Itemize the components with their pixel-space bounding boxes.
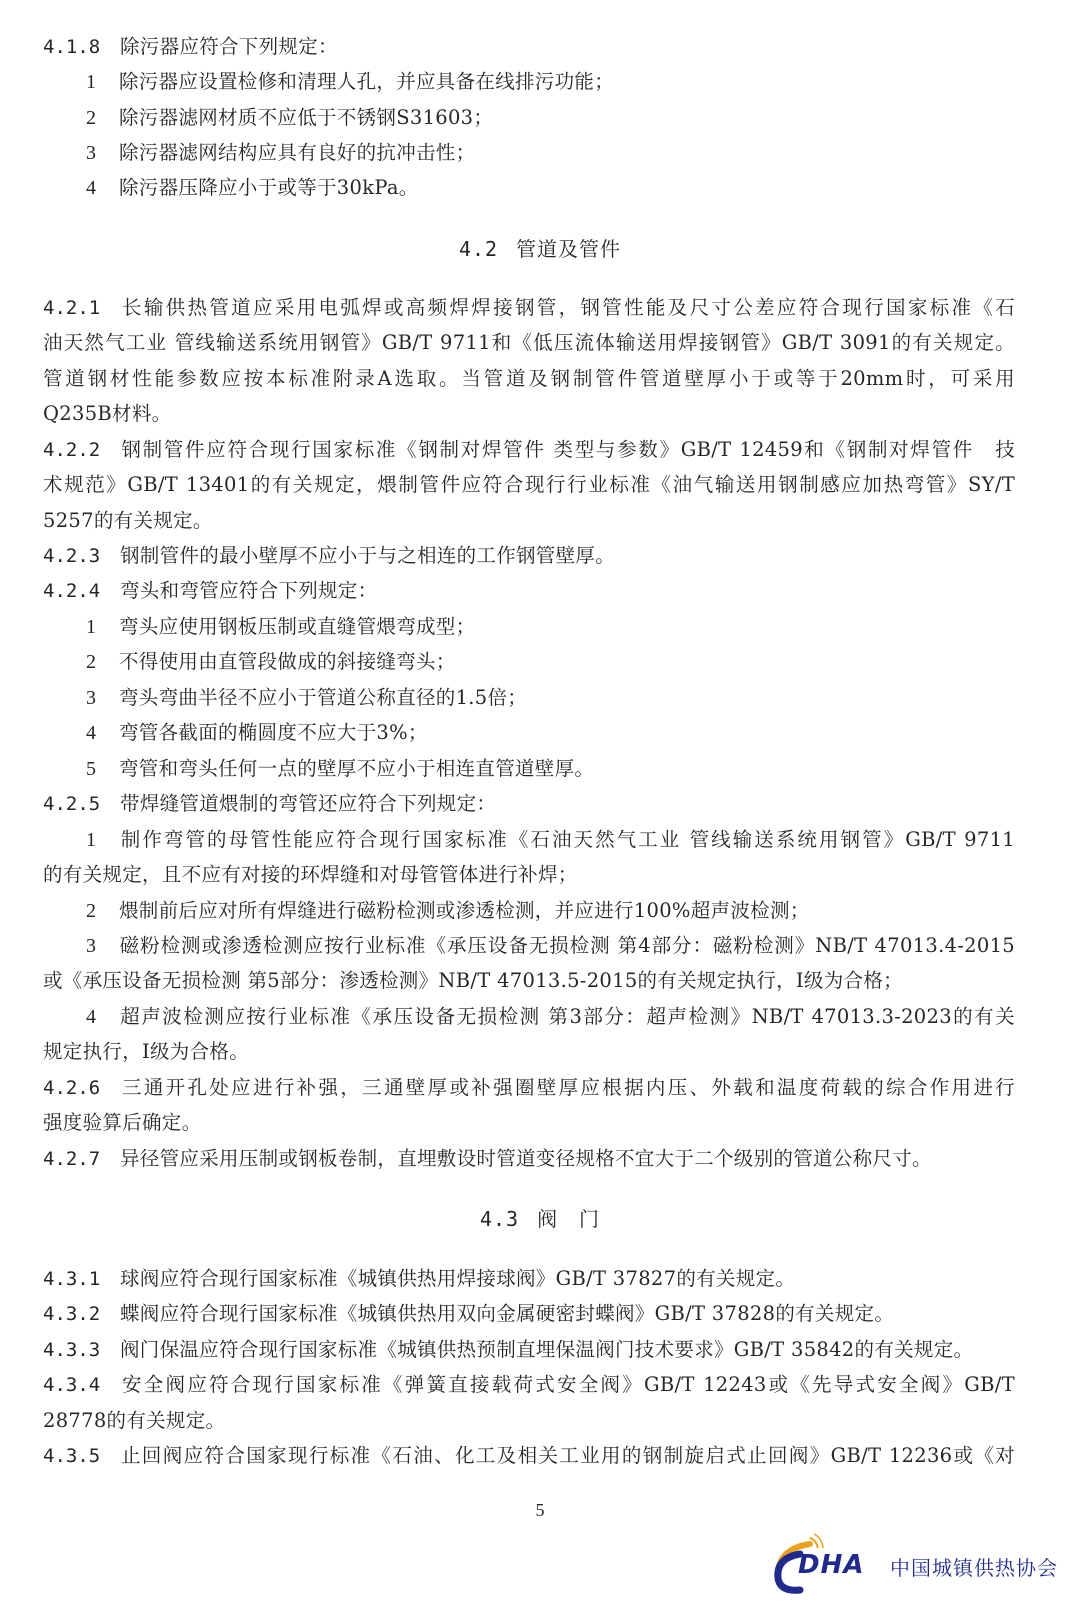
list-item: 4弯管各截面的椭圆度不应大于3%； [43,719,1015,747]
logo-text-cn: 中国城镇供热协会 [890,1552,1058,1581]
clause-4-2-4: 4.2.4弯头和弯管应符合下列规定： [43,577,1015,605]
clause-4-3-3: 4.3.3阀门保温应符合现行国家标准《城镇供热预制直埋保温阀门技术要求》GB/T… [43,1336,1015,1364]
clause-4-2-7: 4.2.7异径管应采用压制或钢板卷制，直埋敷设时管道变径规格不宜大于二个级别的管… [43,1145,1015,1173]
clause-4-3-4: 4.3.4安全阀应符合现行国家标准《弹簧直接载荷式安全阀》GB/T 12243或… [43,1371,1015,1399]
clause-continuation: 油天然气工业 管线输送系统用钢管》GB/T 9711和《低压流体输送用焊接钢管》… [43,329,1015,357]
clause-4-1-8: 4.1.8除污器应符合下列规定： [43,33,1015,61]
clause-continuation: 5257的有关规定。 [43,507,1015,535]
list-item: 4除污器压降应小于或等于30kPa。 [43,174,1015,202]
list-item: 2煨制前后应对所有焊缝进行磁粉检测或渗透检测，并应进行100%超声波检测； [43,897,1015,925]
clause-continuation: Q235B材料。 [43,400,1015,428]
section-heading-4-3: 4.3阀 门 [0,1205,1080,1233]
clause-continuation: 28778的有关规定。 [43,1407,1015,1435]
list-item: 1除污器应设置检修和清理人孔，并应具备在线排污功能； [43,68,1015,96]
list-item: 1弯头应使用钢板压制或直缝管煨弯成型； [43,613,1015,641]
clause-title: 除污器应符合下列规定： [120,35,338,58]
clause-continuation: 强度验算后确定。 [43,1109,1015,1137]
list-item: 5弯管和弯头任何一点的壁厚不应小于相连直管道壁厚。 [43,755,1015,783]
clause-4-2-3: 4.2.3钢制管件的最小壁厚不应小于与之相连的工作钢管壁厚。 [43,542,1015,570]
logo-text-en: DHA [798,1550,864,1580]
clause-continuation: 管道钢材性能参数应按本标准附录A选取。当管道及钢制管件管道壁厚小于或等于20mm… [43,365,1015,393]
list-item: 3弯头弯曲半径不应小于管道公称直径的1.5倍； [43,684,1015,712]
list-item: 3磁粉检测或渗透检测应按行业标准《承压设备无损检测 第4部分：磁粉检测》NB/T… [43,932,1015,960]
clause-continuation: 术规范》GB/T 13401的有关规定，煨制管件应符合现行行业标准《油气输送用钢… [43,471,1015,499]
list-item: 1制作弯管的母管性能应符合现行国家标准《石油天然气工业 管线输送系统用钢管》GB… [43,826,1015,854]
document-page: 4.1.8除污器应符合下列规定： 1除污器应设置检修和清理人孔，并应具备在线排污… [0,0,1080,1615]
section-heading-4-2: 4.2管道及管件 [0,235,1080,263]
clause-number: 4.1.8 [43,33,120,61]
cdha-logo: DHA 中国城镇供热协会 [770,1530,1070,1600]
list-item: 2不得使用由直管段做成的斜接缝弯头； [43,648,1015,676]
clause-4-2-6: 4.2.6三通开孔处应进行补强，三通壁厚或补强圈壁厚应根据内压、外载和温度荷载的… [43,1074,1015,1102]
clause-4-2-5: 4.2.5带焊缝管道煨制的弯管还应符合下列规定： [43,790,1015,818]
clause-4-3-2: 4.3.2蝶阀应符合现行国家标准《城镇供热用双向金属硬密封蝶阀》GB/T 378… [43,1300,1015,1328]
list-item-continuation: 规定执行，I级为合格。 [43,1038,1015,1066]
list-item: 2除污器滤网材质不应低于不锈钢S31603； [43,104,1015,132]
clause-4-2-1: 4.2.1长输供热管道应采用电弧焊或高频焊焊接钢管，钢管性能及尺寸公差应符合现行… [43,294,1015,322]
clause-4-2-2: 4.2.2钢制管件应符合现行国家标准《钢制对焊管件 类型与参数》GB/T 124… [43,436,1015,464]
list-item-continuation: 的有关规定，且不应有对接的环焊缝和对母管管体进行补焊； [43,861,1015,889]
clause-4-3-1: 4.3.1球阀应符合现行国家标准《城镇供热用焊接球阀》GB/T 37827的有关… [43,1265,1015,1293]
list-item-continuation: 或《承压设备无损检测 第5部分：渗透检测》NB/T 47013.5-2015的有… [43,967,1015,995]
list-item: 4超声波检测应按行业标准《承压设备无损检测 第3部分：超声检测》NB/T 470… [43,1003,1015,1031]
list-item: 3除污器滤网结构应具有良好的抗冲击性； [43,139,1015,167]
page-number: 5 [0,1500,1080,1521]
clause-4-3-5: 4.3.5止回阀应符合国家现行标准《石油、化工及相关工业用的钢制旋启式止回阀》G… [43,1442,1015,1470]
